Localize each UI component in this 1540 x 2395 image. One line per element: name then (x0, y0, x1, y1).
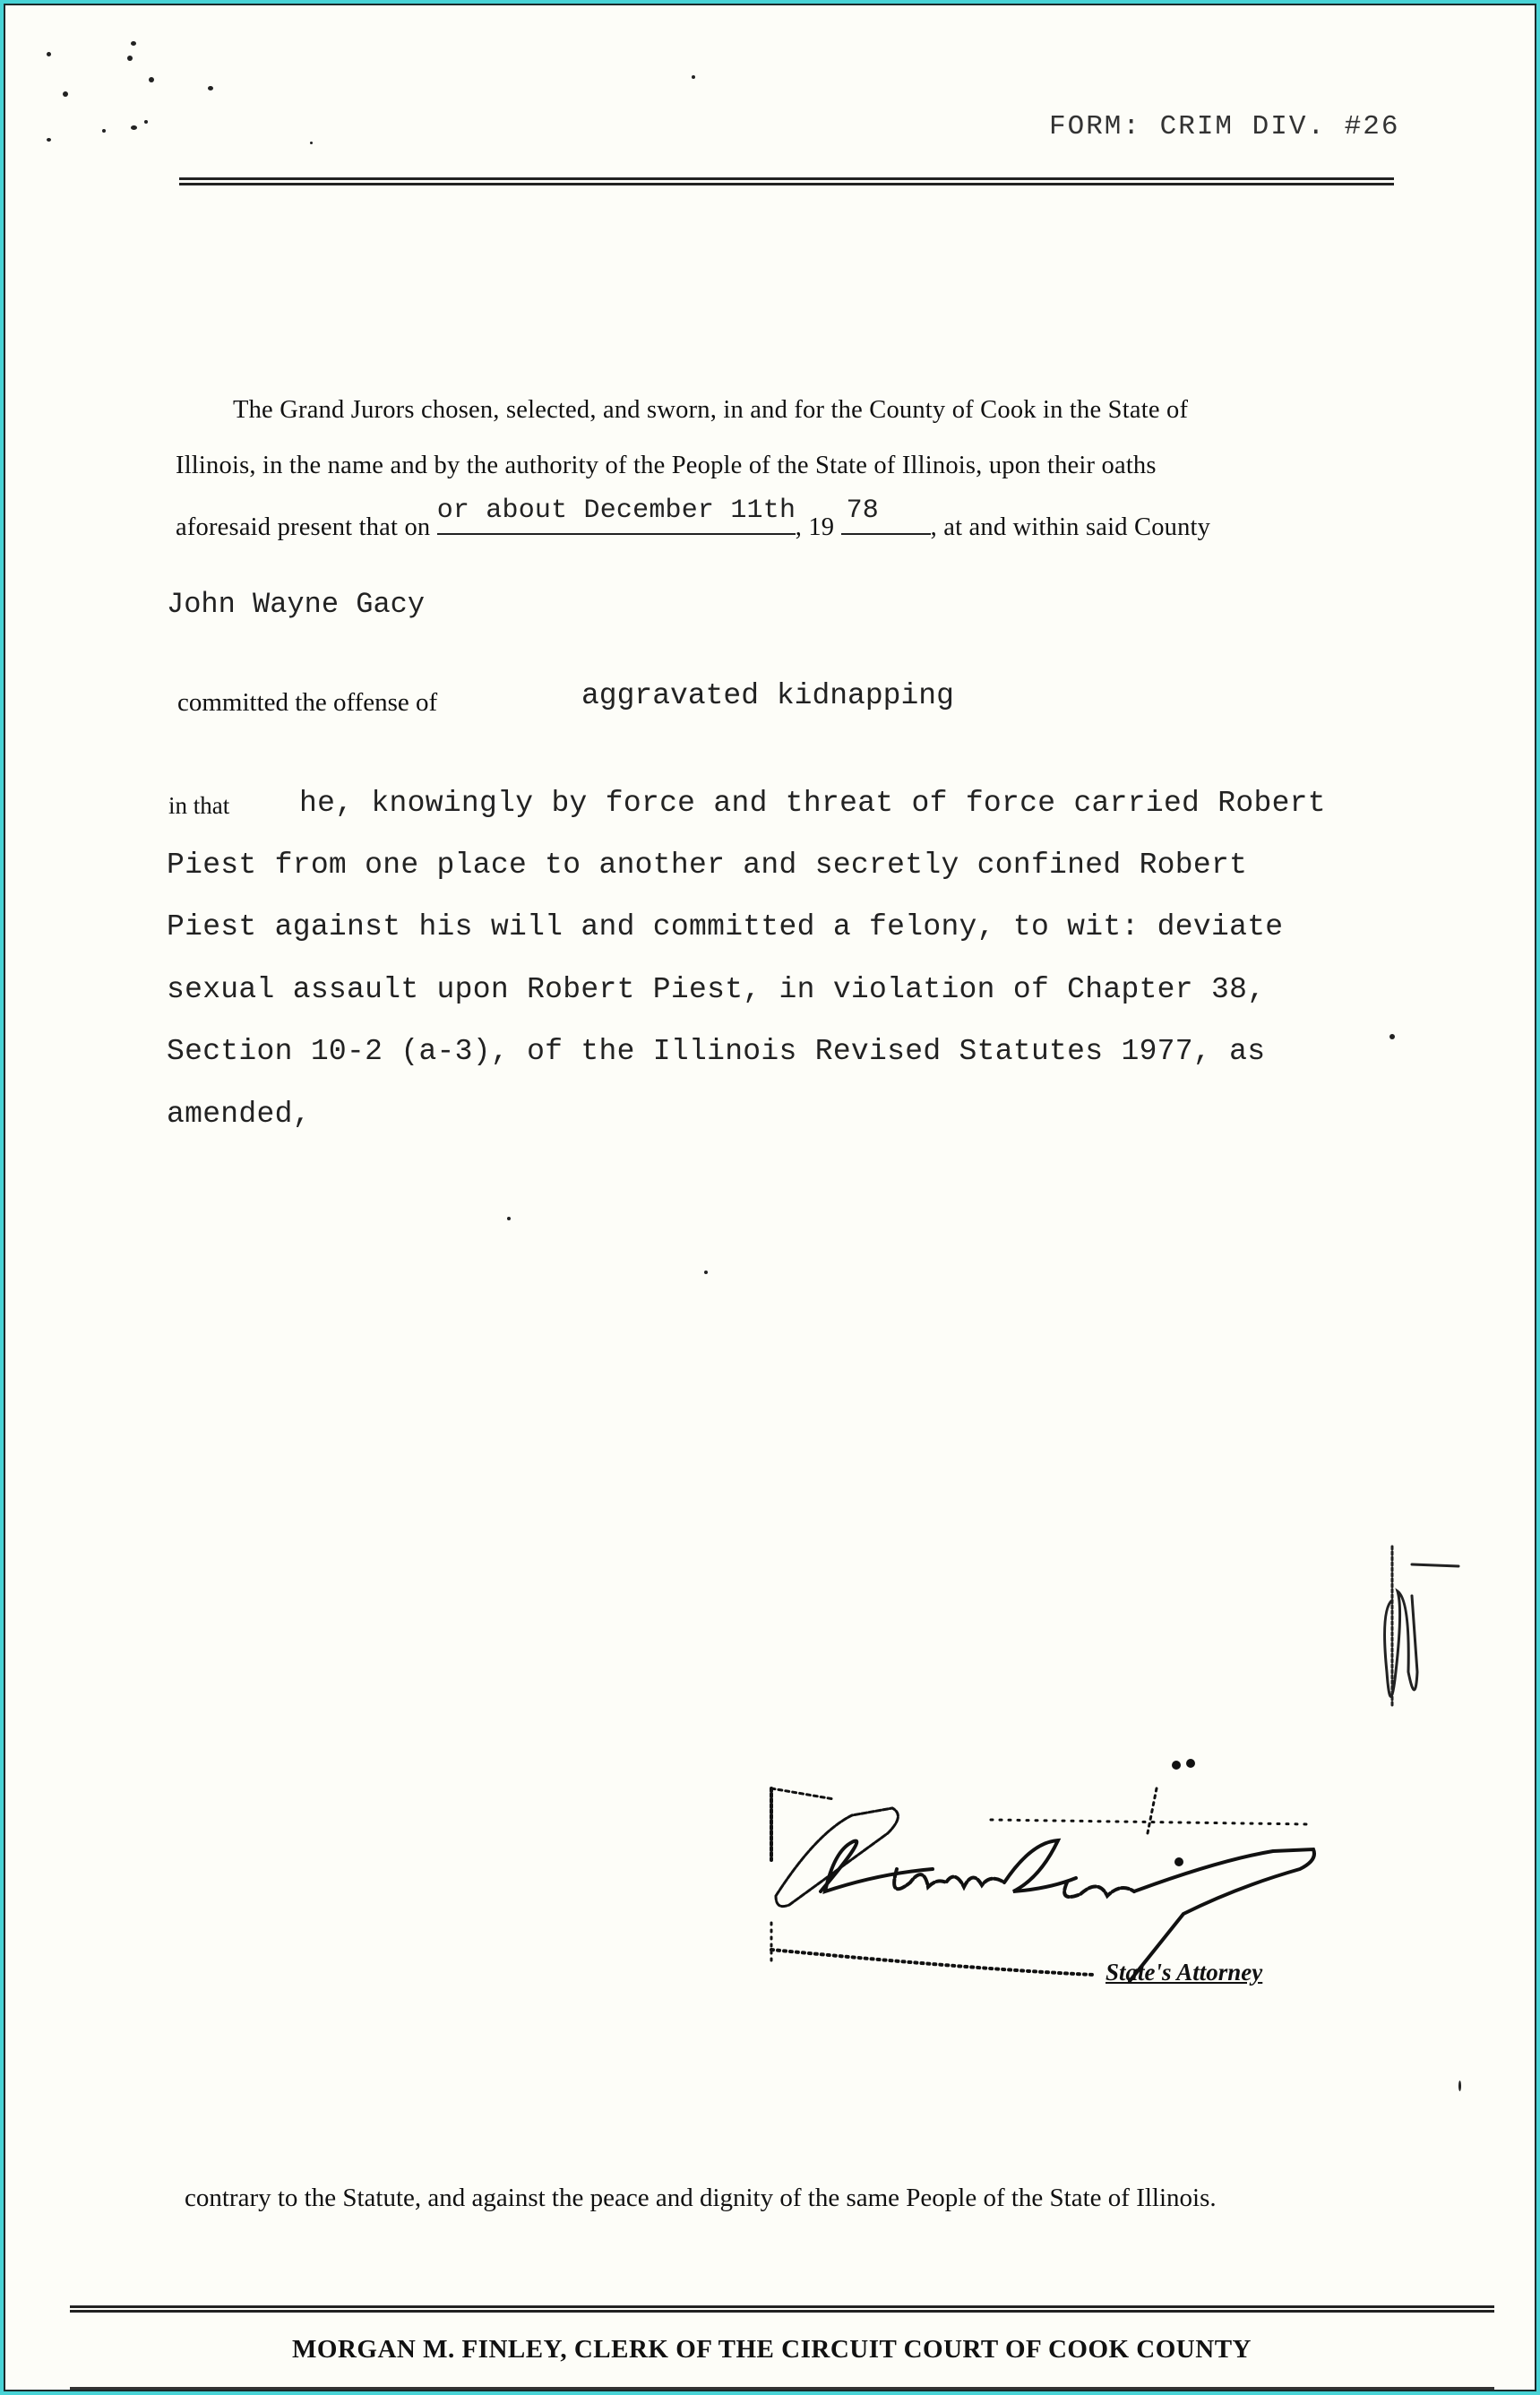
charge-line-1: he, knowingly by force and threat of for… (299, 787, 1326, 820)
year-fill: 78 (847, 495, 931, 526)
form-number: FORM: CRIM DIV. #26 (1049, 111, 1399, 142)
preamble-line-1: The Grand Jurors chosen, selected, and s… (176, 396, 1188, 425)
defendant-name: John Wayne Gacy (167, 588, 425, 621)
charge-line-3: Piest against his will and committed a f… (167, 910, 1283, 943)
bottom-rule (70, 2387, 1494, 2390)
footer-rule (70, 2305, 1494, 2313)
preamble-text-3a: aforesaid present that on (176, 513, 430, 541)
indictment-page: FORM: CRIM DIV. #26 The Grand Jurors cho… (4, 4, 1536, 2391)
year-prefix: , 19 (796, 513, 835, 541)
date-blank: or about December 11th (437, 510, 796, 535)
charge-line-6: amended, (167, 1098, 311, 1131)
clerk-line: MORGAN M. FINLEY, CLERK OF THE CIRCUIT C… (5, 2335, 1538, 2365)
preamble-text-3b: , at and within said County (931, 513, 1211, 541)
signer-title: State's Attorney (1106, 1959, 1262, 1986)
offense-value: aggravated kidnapping (581, 679, 954, 712)
offense-label: committed the offense of (177, 688, 437, 718)
header-rule (179, 177, 1394, 185)
charge-line-5: Section 10-2 (a-3), of the Illinois Revi… (167, 1035, 1265, 1068)
preamble-text-1: The Grand Jurors chosen, selected, and s… (233, 396, 1188, 424)
year-blank: 78 (841, 510, 931, 535)
date-fill: or about December 11th (437, 495, 796, 526)
preamble-line-2: Illinois, in the name and by the authori… (176, 452, 1157, 480)
in-that-label: in that (168, 792, 229, 820)
charge-line-2: Piest from one place to another and secr… (167, 849, 1247, 882)
preamble-line-3: aforesaid present that on or about Decem… (176, 510, 1210, 542)
closing-statement: contrary to the Statute, and against the… (185, 2183, 1421, 2213)
margin-scribble-icon (1376, 1538, 1475, 1726)
charge-line-4: sexual assault upon Robert Piest, in vio… (167, 973, 1265, 1006)
